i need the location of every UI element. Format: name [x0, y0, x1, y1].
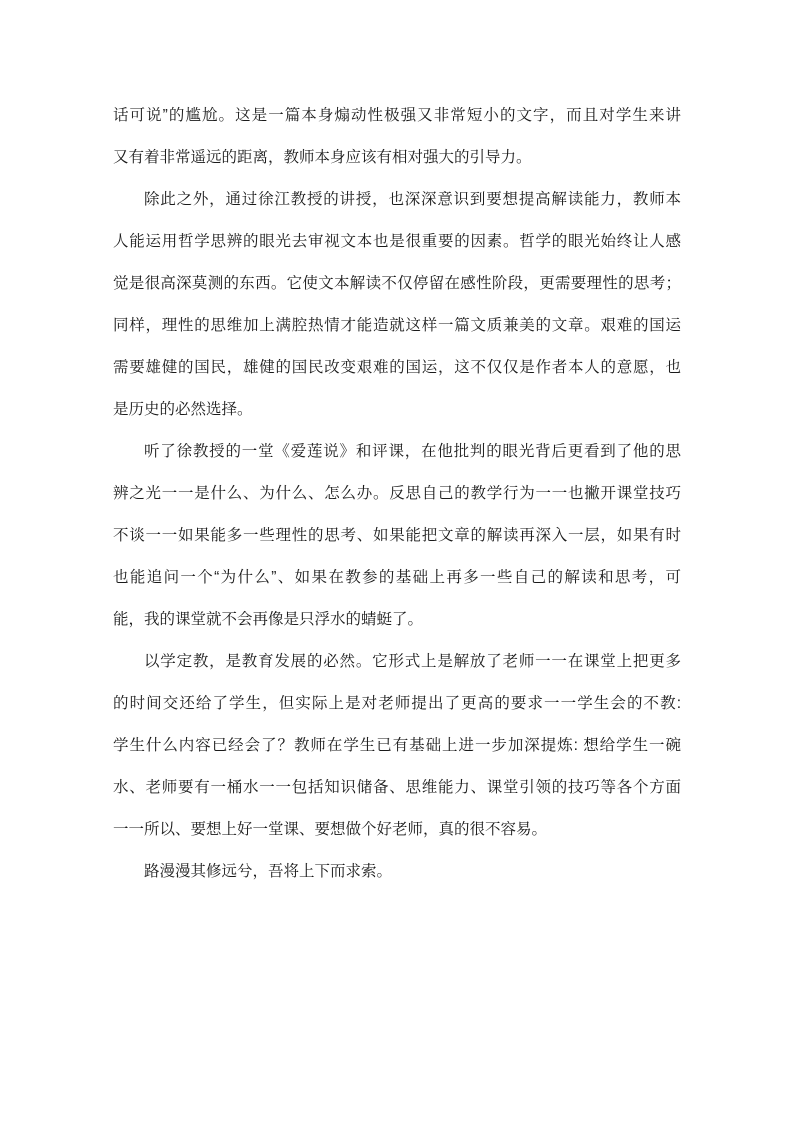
text-line: 不谈一一如果能多一些理性的思考、如果能把文章的解读再深入一层，如果有时 [113, 515, 681, 557]
document-body-text: 话可说”的尴尬。这是一篇本身煽动性极强又非常短小的文字，而且对学生来讲 又有着非… [113, 95, 681, 893]
text-line: 觉是很高深莫测的东西。它使文本解读不仅停留在感性阶段，更需要理性的思考； [113, 263, 681, 305]
text-line: 又有着非常遥远的距离，教师本身应该有相对强大的引导力。 [113, 137, 681, 179]
text-line: 能，我的课堂就不会再像是只浮水的蜻蜓了。 [113, 599, 681, 641]
text-line: 同样，理性的思维加上满腔热情才能造就这样一篇文质兼美的文章。艰难的国运 [113, 305, 681, 347]
text-line: 辨之光一一是什么、为什么、怎么办。反思自己的教学行为一一也撇开课堂技巧 [113, 473, 681, 515]
text-line: 以学定教，是教育发展的必然。它形式上是解放了老师一一在课堂上把更多 [113, 641, 681, 683]
text-line: 学生什么内容已经会了？教师在学生已有基础上进一步加深提炼: 想给学生一碗 [113, 725, 681, 767]
text-line: 是历史的必然选择。 [113, 389, 681, 431]
text-line: 需要雄健的国民，雄健的国民改变艰难的国运，这不仅仅是作者本人的意愿，也 [113, 347, 681, 389]
text-line: 听了徐教授的一堂《爱莲说》和评课，在他批判的眼光背后更看到了他的思 [113, 431, 681, 473]
text-line: 水、老师要有一桶水一一包括知识储备、思维能力、课堂引领的技巧等各个方面 [113, 767, 681, 809]
paragraph: 以学定教，是教育发展的必然。它形式上是解放了老师一一在课堂上把更多 的时间交还给… [113, 641, 681, 851]
text-line: 也能追问一个“为什么”、如果在教参的基础上再多一些自己的解读和思考，可 [113, 557, 681, 599]
text-line: 话可说”的尴尬。这是一篇本身煽动性极强又非常短小的文字，而且对学生来讲 [113, 95, 681, 137]
text-line: 路漫漫其修远兮，吾将上下而求索。 [113, 851, 681, 893]
text-line: 的时间交还给了学生，但实际上是对老师提出了更高的要求一一学生会的不教: [113, 683, 681, 725]
paragraph: 听了徐教授的一堂《爱莲说》和评课，在他批判的眼光背后更看到了他的思 辨之光一一是… [113, 431, 681, 641]
paragraph: 话可说”的尴尬。这是一篇本身煽动性极强又非常短小的文字，而且对学生来讲 又有着非… [113, 95, 681, 179]
text-line: 人能运用哲学思辨的眼光去审视文本也是很重要的因素。哲学的眼光始终让人感 [113, 221, 681, 263]
document-page: 话可说”的尴尬。这是一篇本身煽动性极强又非常短小的文字，而且对学生来讲 又有着非… [0, 0, 794, 1123]
text-line: 除此之外，通过徐江教授的讲授，也深深意识到要想提高解读能力，教师本 [113, 179, 681, 221]
paragraph: 路漫漫其修远兮，吾将上下而求索。 [113, 851, 681, 893]
text-line: 一一所以、要想上好一堂课、要想做个好老师，真的很不容易。 [113, 809, 681, 851]
paragraph: 除此之外，通过徐江教授的讲授，也深深意识到要想提高解读能力，教师本 人能运用哲学… [113, 179, 681, 431]
